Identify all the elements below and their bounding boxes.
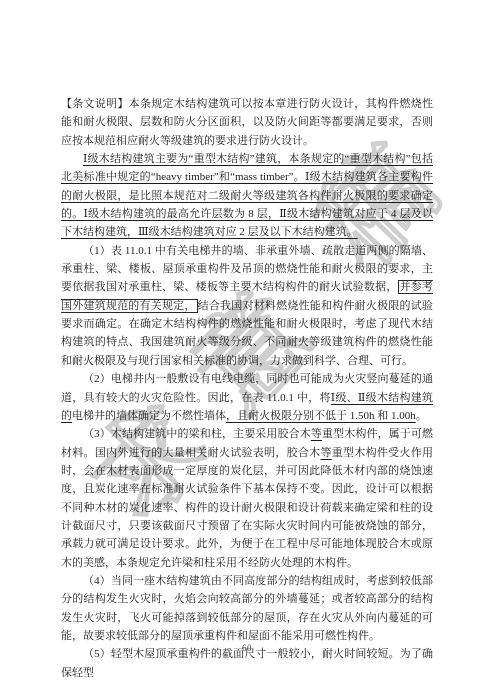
document-body: 【条文说明】本条规定木结构建筑可以按本章进行防火设计，其构件燃烧性能和耐火极限、… [61, 95, 433, 682]
paragraph: （3）木结构建筑中的梁和柱，主要采用胶合木等重型木构件，属于可燃材料。国内外进行… [61, 425, 433, 572]
text-run: （1）表 11.0.1 中有关电梯井的墙、非承重外墙、疏散走道两侧的隔墙、承重柱… [61, 245, 433, 294]
text-run: 重型木构件受火作用时，会在木材表面形成一定厚度的炭化层，并可因此降低木材内部的烧… [61, 447, 433, 569]
underlined-text: Ⅰ级木结构建筑主要为“重型木结构”建筑，本条规定的“重型木结构”包括北美标准中规… [61, 153, 433, 238]
text-run: （3）木结构建筑中的梁和柱，主要采用胶合木 [83, 428, 311, 440]
text-run: 。 [416, 410, 427, 422]
underlined-text: 等 [320, 447, 331, 459]
paragraph: 【条文说明】本条规定木结构建筑可以按本章进行防火设计，其构件燃烧性能和耐火极限、… [61, 95, 433, 150]
paragraph: （2）电梯井内一般敷设有电线电缆，同时也可能成为火灾竖向蔓延的通道，具有较大的火… [61, 370, 433, 425]
underlined-text: ，且耐火极限分别不低于 1.50h 和 1.00h [226, 410, 416, 422]
text-run: 电梯井的墙体确定为不燃性墙体 [72, 410, 226, 422]
page-number: 60 [0, 643, 494, 653]
paragraph: Ⅰ级木结构建筑主要为“重型木结构”建筑，本条规定的“重型木结构”包括北美标准中规… [61, 150, 433, 242]
document-page: 求意稿 【条文说明】本条规定木结构建筑可以按本章进行防火设计，其构件燃烧性能和耐… [0, 0, 494, 700]
paragraph: （1）表 11.0.1 中有关电梯井的墙、非承重外墙、疏散走道两侧的隔墙、承重柱… [61, 242, 433, 370]
underlined-text: 等 [311, 428, 322, 440]
text-run: （4）当同一座木结构建筑由不同高度部分的结构组成时，考虑到较低部分的结构发生火灾… [61, 575, 433, 642]
text-run: 【条文说明】本条规定木结构建筑可以按本章进行防火设计，其构件燃烧性能和耐火极限、… [61, 98, 433, 147]
paragraph: （4）当同一座木结构建筑由不同高度部分的结构组成时，考虑到较低部分的结构发生火灾… [61, 572, 433, 645]
